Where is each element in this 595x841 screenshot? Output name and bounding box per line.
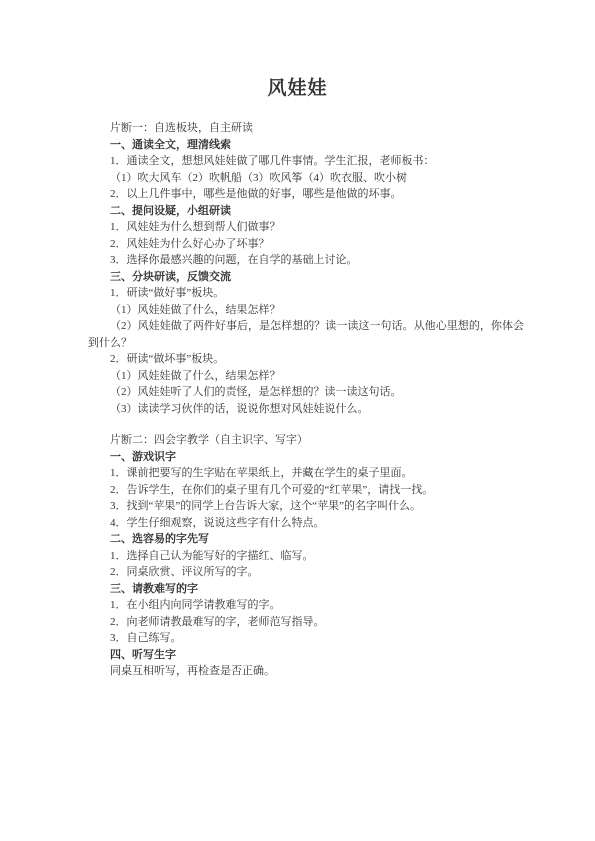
section-item: （1）风娃娃做了什么，结果怎样？ [88, 302, 524, 319]
blank-line [88, 417, 524, 432]
part-2-section-2: 二、选容易的字先写 1．选择自己认为能写好的字描红、临写。 2．同桌欣赏、评议所… [88, 531, 524, 581]
section-item: 1．课前把要写的生字贴在苹果纸上，并藏在学生的桌子里面。 [88, 465, 524, 482]
section-item: 3．找到“苹果”的同学上台告诉大家，这个“苹果”的名字叫什么。 [88, 498, 524, 515]
section-item: 2．告诉学生，在你们的桌子里有几个可爱的“红苹果”，请找一找。 [88, 482, 524, 499]
document-page: 风娃娃 片断一：自选板块，自主研读 一、通读全文，理清线索 1．通读全文，想想风… [0, 0, 595, 841]
section-item: 同桌互相听写，再检查是否正确。 [88, 663, 524, 680]
section-item: 2．向老师请教最难写的字，老师范写指导。 [88, 614, 524, 631]
section-heading: 三、分块研读，反馈交流 [88, 269, 524, 286]
section-item: 3．自己练写。 [88, 630, 524, 647]
section-item: （1）吹大风车（2）吹帆船（3）吹风筝（4）吹衣服、吹小树 [88, 170, 524, 187]
document-body: 片断一：自选板块，自主研读 一、通读全文，理清线索 1．通读全文，想想风娃娃做了… [88, 120, 524, 680]
section-item: 1．风娃娃为什么想到帮人们做事？ [88, 219, 524, 236]
part-2-intro: 片断二：四会字教学（自主识字、写字） [88, 432, 524, 449]
part-1-section-1: 一、通读全文，理清线索 1．通读全文，想想风娃娃做了哪几件事情。学生汇报，老师板… [88, 137, 524, 203]
section-item: 1．研读“做好事”板块。 [88, 285, 524, 302]
document-title: 风娃娃 [0, 0, 595, 100]
section-heading: 三、请教难写的字 [88, 581, 524, 598]
section-item: （2）风娃娃听了人们的责怪，是怎样想的？读一读这句话。 [88, 384, 524, 401]
section-item: 1．选择自己认为能写好的字描红、临写。 [88, 548, 524, 565]
section-item: （1）风娃娃做了什么，结果怎样？ [88, 368, 524, 385]
part-1: 片断一：自选板块，自主研读 一、通读全文，理清线索 1．通读全文，想想风娃娃做了… [88, 120, 524, 417]
section-item: 4．学生仔细观察，说说这些字有什么特点。 [88, 515, 524, 532]
part-1-section-3: 三、分块研读，反馈交流 1．研读“做好事”板块。 （1）风娃娃做了什么，结果怎样… [88, 269, 524, 418]
section-heading: 一、通读全文，理清线索 [88, 137, 524, 154]
part-1-intro: 片断一：自选板块，自主研读 [88, 120, 524, 137]
part-2-section-4: 四、听写生字 同桌互相听写，再检查是否正确。 [88, 647, 524, 680]
section-item: 1．在小组内向同学请教难写的字。 [88, 597, 524, 614]
part-2-section-1: 一、游戏识字 1．课前把要写的生字贴在苹果纸上，并藏在学生的桌子里面。 2．告诉… [88, 449, 524, 532]
section-item: 2．同桌欣赏、评议所写的字。 [88, 564, 524, 581]
section-heading: 四、听写生字 [88, 647, 524, 664]
section-heading: 一、游戏识字 [88, 449, 524, 466]
section-item: 1．通读全文，想想风娃娃做了哪几件事情。学生汇报，老师板书： [88, 153, 524, 170]
section-heading: 二、提问设疑，小组研读 [88, 203, 524, 220]
section-item: （2）风娃娃做了两件好事后，是怎样想的？读一读这一句话。从他心里想的，你体会到什… [88, 318, 524, 351]
section-item: 2．风娃娃为什么好心办了坏事？ [88, 236, 524, 253]
section-item: 2．以上几件事中，哪些是他做的好事，哪些是他做的坏事。 [88, 186, 524, 203]
part-2: 片断二：四会字教学（自主识字、写字） 一、游戏识字 1．课前把要写的生字贴在苹果… [88, 432, 524, 680]
section-item: （3）读读学习伙伴的话，说说你想对风娃娃说什么。 [88, 401, 524, 418]
section-item: 3．选择你最感兴趣的问题，在自学的基础上讨论。 [88, 252, 524, 269]
part-1-section-2: 二、提问设疑，小组研读 1．风娃娃为什么想到帮人们做事？ 2．风娃娃为什么好心办… [88, 203, 524, 269]
section-heading: 二、选容易的字先写 [88, 531, 524, 548]
part-2-section-3: 三、请教难写的字 1．在小组内向同学请教难写的字。 2．向老师请教最难写的字，老… [88, 581, 524, 647]
section-item: 2．研读“做坏事”板块。 [88, 351, 524, 368]
